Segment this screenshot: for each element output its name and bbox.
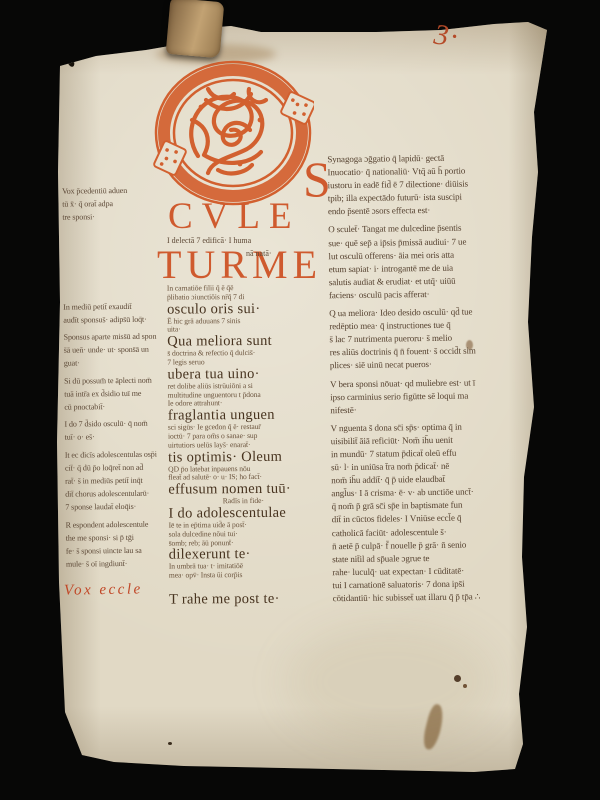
margin-note-line: Sponsus aparte miss̄ū ad spon — [64, 329, 182, 343]
margin-note-line: tū x̄· q̄ orat̄ adpa — [62, 197, 180, 211]
margin-note-line: fe· s̄ sponsi uincte lau sa — [66, 543, 184, 557]
margin-note-line: dit̄ chorus adolescentularū· — [65, 487, 183, 501]
margin-note-line: tre sponsi· — [62, 210, 180, 224]
margin-note-line: cū pnoctabit̄· — [64, 399, 182, 413]
center-text-column: In carnatiōe filii q̄ ē q̄ēp̄libatio ɔiu… — [167, 283, 339, 607]
margin-note-line: guat· — [64, 356, 182, 370]
commentary-line: nifestē· — [330, 401, 530, 417]
margin-note-line: In mediū petit̄ exaudit̄ — [63, 299, 181, 313]
text-line: ubera tua uino· — [167, 366, 337, 382]
text-line: T rahe me post te· — [169, 591, 339, 607]
text-line: I do adolescentulae — [168, 505, 338, 521]
text-line: tis optimis· Oleum — [168, 449, 338, 465]
margin-note-line: It ec dicīs adolescentulas osp̄i — [65, 447, 183, 461]
interlinear-gloss: nā natā· — [246, 249, 272, 258]
commentary-line: plices· siē uinū necat pueros· — [330, 357, 530, 373]
margin-note-line: tuī· o· es̄· — [65, 430, 183, 444]
repair-tape-stain — [166, 0, 225, 58]
commentary-column: Synagoga ɔḡgatio q̄ lapidū· gectāInuocat… — [327, 151, 533, 606]
margin-note-line: cit̄· q̄ dū p̄o loq̄ret̄ non ad̄ — [65, 460, 183, 474]
margin-note-line: tuā intr̄a ex d̄sidio tuī me — [64, 386, 182, 400]
vox-ecclesiae-rubric: Vox eccle — [64, 581, 143, 599]
margin-note-line: audīt sponsus̄· adips̄ū loq̄t· — [63, 312, 181, 326]
wormhole-speck — [66, 57, 75, 68]
margin-note-line: I do 7 d̄sido osculū· q̄ nom̄ — [64, 417, 182, 431]
text-line: dilexerunt te· — [169, 547, 339, 563]
commentary-line: faciens· osculū pacis afferat· — [329, 287, 529, 303]
commentary-line: endo p̄sentē ɔsors effecta est· — [328, 203, 528, 219]
folio-number: 3· — [432, 19, 462, 55]
margin-notes-column: Vox p̄cedentiū aduentū x̄· q̄ orat̄ adpa… — [62, 183, 184, 571]
margin-note-line: rat̄· s̄ in mediūs petit̄ inq̄t — [65, 473, 183, 487]
margin-note-line: the me sponsi· si p̄ tḡi — [66, 530, 184, 544]
parchment-discoloration — [286, 622, 496, 742]
display-line-cule: CVLE — [168, 198, 301, 235]
margin-note-line: 7 sponse laudat̄ eloq̄is· — [65, 500, 183, 514]
ink-speck — [168, 742, 172, 745]
text-line: mea· opv̄· Insta ūi corp̄is — [169, 571, 339, 581]
margin-note-line: Si dū possum̄ te āplecti nom̄ — [64, 373, 182, 387]
interlinear-gloss: I delectā 7 edificā· I huma — [167, 236, 251, 245]
margin-note-line: mule· s̄ oī ingdiunt̄· — [66, 557, 184, 571]
margin-note-line: R espondent adolescentule — [65, 517, 183, 531]
commentary-line: cōtidantiū· hic subisset̄ uat illaru q̄ … — [333, 590, 533, 606]
text-line: osculo oris sui· — [167, 301, 337, 317]
margin-note-line: s̄ā uen̄· unde· ut· spons̄ā un — [64, 343, 182, 357]
margin-note-line: Vox p̄cedentiū aduen — [62, 183, 180, 197]
display-line-turme: TURME — [157, 245, 322, 285]
photo-background: 3· — [0, 0, 600, 800]
